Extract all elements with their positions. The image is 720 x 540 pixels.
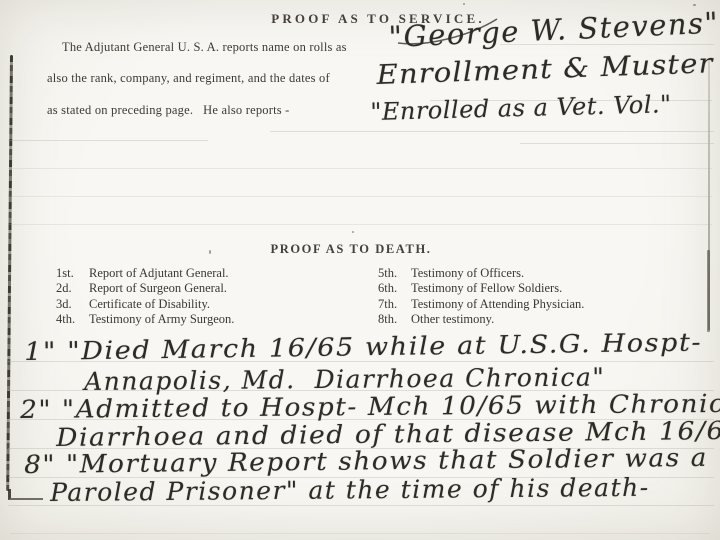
ruled-line — [520, 143, 714, 144]
scan-speck — [352, 231, 354, 233]
list-item-label: Testimony of Fellow Soldiers. — [411, 281, 562, 295]
list-item: 1st.Report of Adjutant General. — [56, 266, 366, 281]
list-item: 6th.Testimony of Fellow Soldiers. — [378, 281, 713, 296]
handwritten-note-mortuary-report: Paroled Prisoner" at the time of his dea… — [50, 473, 650, 507]
list-item: 8th.Other testimony. — [378, 312, 713, 327]
list-item-label: Testimony of Attending Physician. — [411, 297, 584, 311]
list-item-ordinal: 1st. — [56, 266, 89, 281]
list-item-ordinal: 8th. — [378, 312, 411, 327]
list-item-label: Report of Surgeon General. — [89, 281, 227, 295]
list-item-ordinal: 2d. — [56, 281, 89, 296]
list-item-label: Testimony of Officers. — [411, 266, 524, 280]
handwritten-enrollment-muster: Enrollment & Muster - in — [376, 46, 720, 91]
list-item-label: Testimony of Army Surgeon. — [89, 312, 234, 326]
list-item-label: Certificate of Disability. — [89, 297, 210, 311]
list-item-label: Report of Adjutant General. — [89, 266, 229, 280]
list-item: 7th.Testimony of Attending Physician. — [378, 297, 713, 312]
list-item: 5th.Testimony of Officers. — [378, 266, 713, 281]
list-item-label: Other testimony. — [411, 312, 494, 326]
printed-line-rank-company: also the rank, company, and regiment, an… — [47, 71, 330, 86]
bottom-left-corner-mark — [8, 489, 43, 500]
printed-line-preceding-page: as stated on preceding page. He also rep… — [47, 103, 290, 118]
ruled-line — [8, 168, 712, 169]
death-proof-list-left-column: 1st.Report of Adjutant General. 2d.Repor… — [56, 266, 366, 328]
list-item: 3d.Certificate of Disability. — [56, 297, 366, 312]
list-item-ordinal: 7th. — [378, 297, 411, 312]
scanned-pension-record-page: PROOF AS TO SERVICE. The Adjutant Genera… — [0, 0, 720, 540]
scan-speck — [463, 3, 465, 5]
ruled-line — [8, 196, 712, 197]
death-proof-list-right-column: 5th.Testimony of Officers. 6th.Testimony… — [378, 266, 713, 328]
death-section-title: PROOF AS TO DEATH. — [0, 242, 711, 257]
list-item-ordinal: 5th. — [378, 266, 411, 281]
ruled-line — [8, 140, 208, 141]
ruled-line — [8, 224, 712, 225]
ruled-line — [270, 131, 714, 132]
printed-line-reports-name: The Adjutant General U. S. A. reports na… — [62, 40, 347, 55]
handwritten-vet-vol: "Enrolled as a Vet. Vol." — [370, 90, 672, 126]
list-item: 2d.Report of Surgeon General. — [56, 281, 366, 296]
list-item-ordinal: 4th. — [56, 312, 89, 327]
list-item-ordinal: 6th. — [378, 281, 411, 296]
left-binding-edge-artifact — [6, 55, 13, 491]
list-item: 4th.Testimony of Army Surgeon. — [56, 312, 366, 327]
ruled-line — [10, 533, 710, 534]
list-item-ordinal: 3d. — [56, 297, 89, 312]
